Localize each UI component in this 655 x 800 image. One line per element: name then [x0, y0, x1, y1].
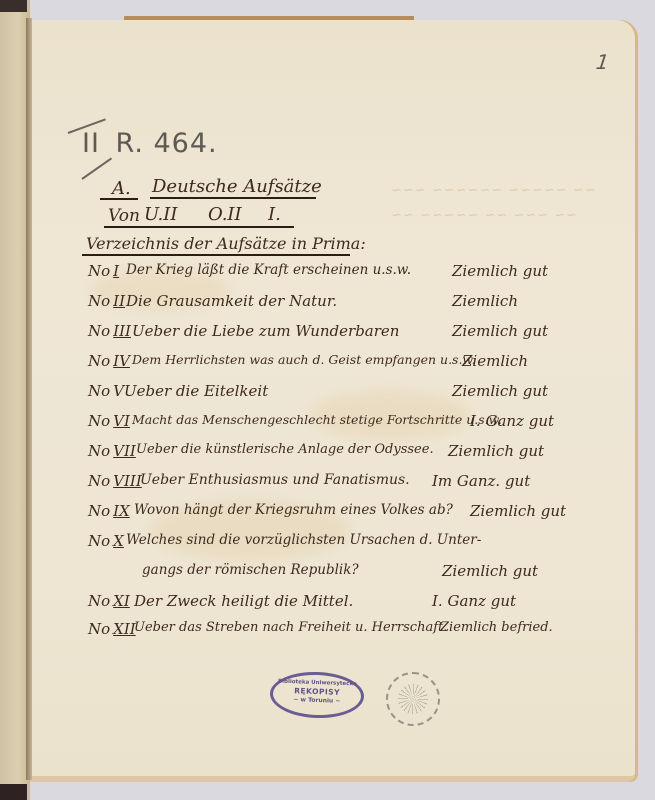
page-gutter: [26, 18, 32, 780]
stamp-emblem-icon: [398, 684, 428, 714]
entry-number: NoV: [88, 382, 124, 400]
entry-grade: I. Ganz gut: [470, 412, 554, 430]
section-letter: A.: [112, 178, 131, 199]
entry-grade: Ziemlich gut: [448, 442, 544, 460]
entry-grade: Ziemlich gut: [452, 262, 548, 280]
class-item: O.II: [208, 204, 242, 225]
bleed-through-text: ~~ ~~~~~ ~~~~~~ ~~~: [390, 183, 596, 198]
class-item: U.II: [144, 204, 177, 225]
underline: [100, 198, 138, 200]
entry-number: NoX: [88, 532, 124, 550]
subheading: Verzeichnis der Aufsätze in Prima:: [86, 234, 366, 253]
entry-number: NoXII: [88, 620, 136, 638]
shelfmark-code: R. 464.: [116, 128, 218, 159]
entry-number: NoVII: [88, 442, 136, 460]
shelfmark: II R. 464.: [82, 128, 218, 159]
underline: [104, 226, 294, 228]
entry-title: Macht das Menschengeschlecht stetige For…: [132, 412, 502, 427]
underline: [150, 197, 316, 199]
entry-grade: Im Ganz. gut: [432, 472, 530, 490]
entry-title: Ueber Enthusiasmus und Fanatismus.: [140, 472, 410, 488]
entry-grade: Ziemlich gut: [452, 382, 548, 400]
class-item: I.: [268, 204, 281, 225]
entry-title: Ueber die Eitelkeit: [124, 382, 268, 400]
entry-number: NoIX: [88, 502, 130, 520]
entry-number: NoVI: [88, 412, 130, 430]
entry-title: Wovon hängt der Kriegsruhm eines Volkes …: [134, 502, 453, 518]
entry-number: NoIII: [88, 322, 131, 340]
shelfmark-prefix: II: [82, 128, 100, 159]
entry-title: Dem Herrlichsten was auch d. Geist empfa…: [132, 352, 476, 367]
entry-number: NoII: [88, 292, 125, 310]
entry-grade: Ziemlich gut: [452, 322, 548, 340]
entry-title-continuation: gangs der römischen Republik?: [142, 562, 359, 578]
entry-number: NoXI: [88, 592, 130, 610]
entry-title: Ueber das Streben nach Freiheit u. Herrs…: [134, 620, 447, 635]
classes-label: Von: [108, 206, 140, 226]
entry-title: Ueber die Liebe zum Wunderbaren: [132, 322, 399, 340]
entry-number: NoIV: [88, 352, 130, 370]
entry-grade: Ziemlich: [452, 292, 518, 310]
entry-grade: Ziemlich: [462, 352, 528, 370]
cover-binding-top: [0, 0, 27, 12]
entry-grade: Ziemlich befried.: [440, 620, 553, 635]
entry-number: NoVIII: [88, 472, 142, 490]
bleed-through-text: ~~ ~~~ ~~ ~~~~~ ~~: [390, 208, 577, 223]
cover-binding-bottom: [0, 784, 27, 800]
entry-number: NoI: [88, 262, 119, 280]
entry-title: Ueber die künstlerische Anlage der Odyss…: [136, 442, 434, 457]
entry-title: Die Grausamkeit der Natur.: [126, 292, 337, 310]
library-stamp-round: [386, 672, 440, 726]
entry-grade: Ziemlich gut: [470, 502, 566, 520]
entry-grade: Ziemlich gut: [442, 562, 538, 580]
entry-grade: I. Ganz gut: [432, 592, 516, 610]
entry-title: Der Krieg läßt die Kraft erscheinen u.s.…: [126, 262, 411, 278]
entry-title: Der Zweck heiligt die Mittel.: [134, 592, 353, 610]
heading-title: Deutsche Aufsätze: [152, 176, 322, 197]
entry-title: Welches sind die vorzüglichsten Ursachen…: [126, 532, 481, 548]
underline: [82, 254, 350, 256]
